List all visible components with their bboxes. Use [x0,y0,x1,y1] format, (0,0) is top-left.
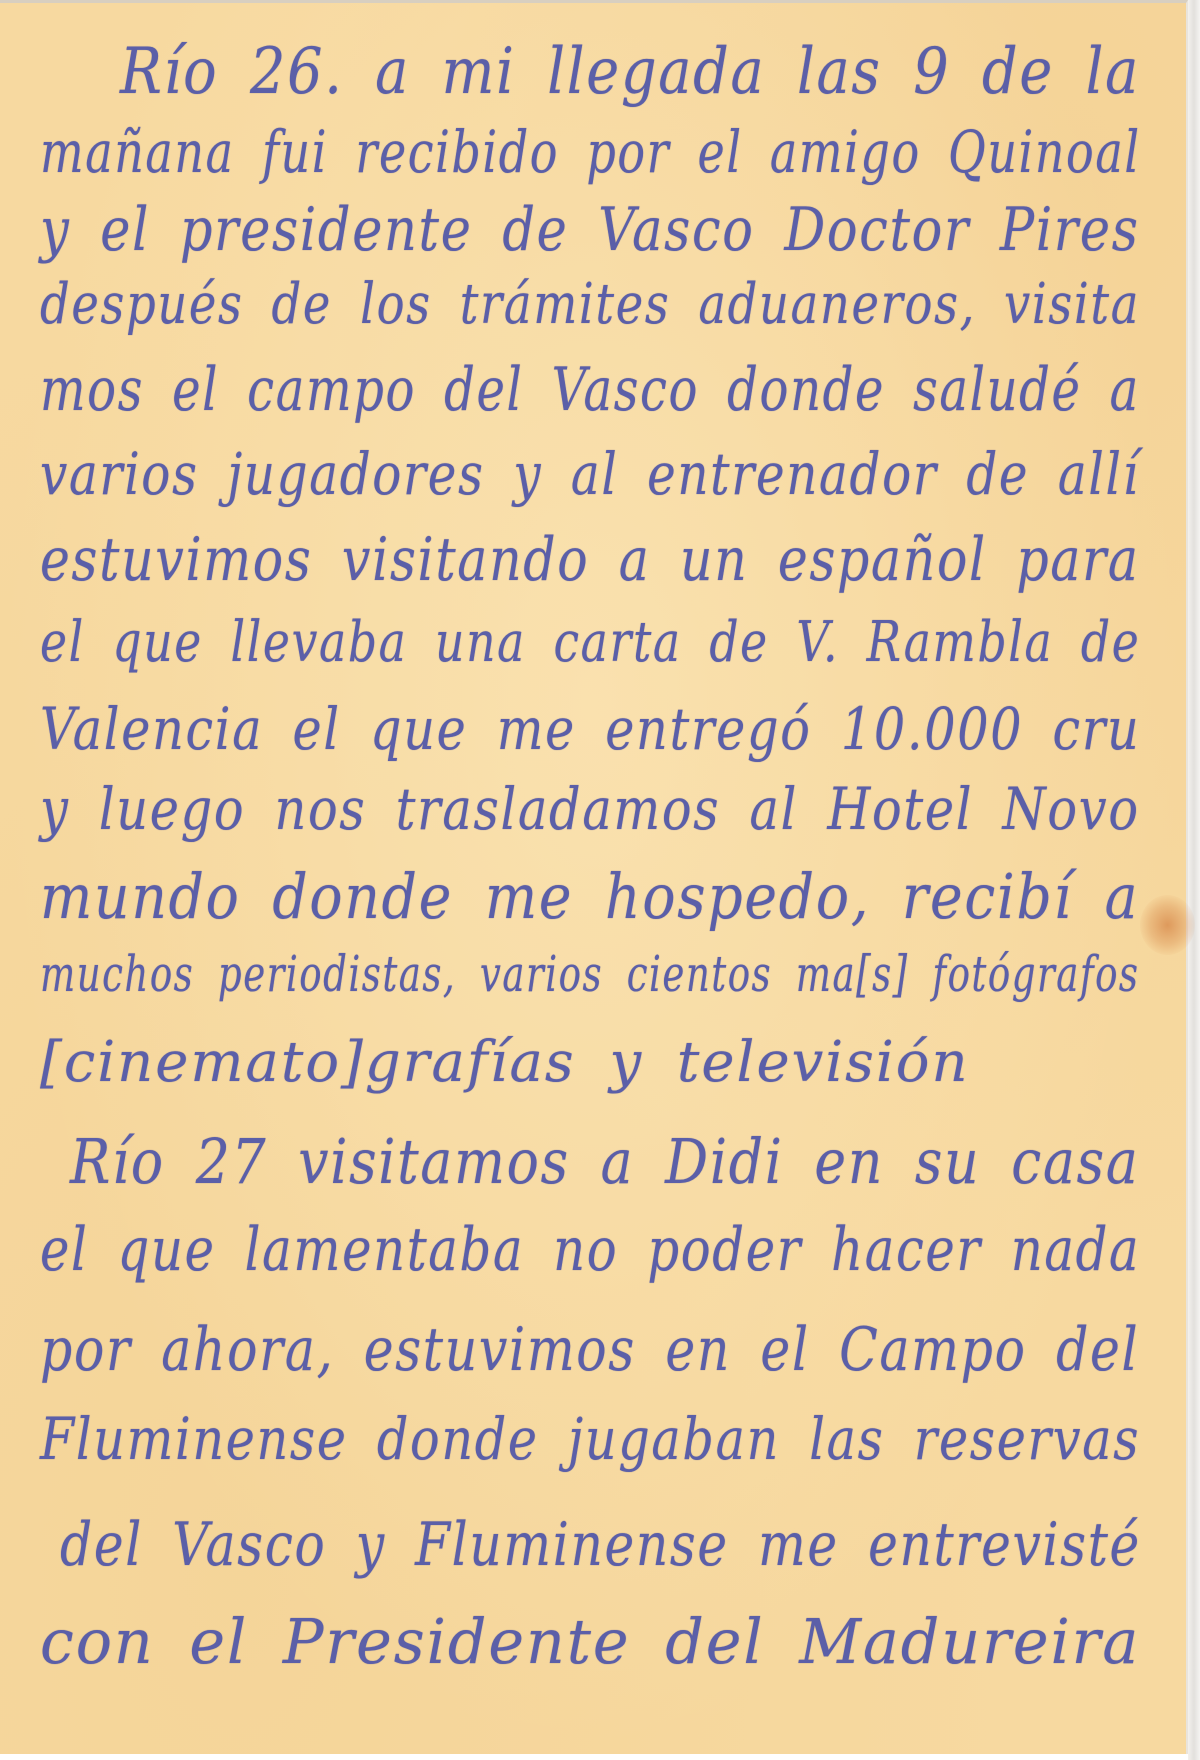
text-line: por ahora, estuvimos en el Campo del [40,1315,1139,1385]
text-line: [cinemato]grafías y televisión [40,1030,970,1095]
text-line: el que lamentaba no poder hacer nada [40,1215,1140,1285]
text-line: Río 27 visitamos a Didi en su casa [70,1125,1140,1198]
handwritten-text: Río 26. a mi llegada las 9 de la mañana … [0,0,1180,1760]
text-line: del Vasco y Fluminense me entrevisté [60,1510,1141,1580]
text-line: mañana fui recibido por el amigo Quinoal [40,118,1141,186]
text-line: después de los trámites aduaneros, visit… [40,272,1140,337]
text-line: y luego nos trasladamos al Hotel Novo [40,775,1140,843]
text-line: varios jugadores y al entrenador de allí [40,440,1140,508]
text-line: mundo donde me hospedo, recibí a [40,860,1139,933]
text-line: y el presidente de Vasco Doctor Pires [40,195,1140,265]
text-line: mos el campo del Vasco donde saludé a [40,355,1140,425]
text-line: Fluminense donde jugaban las reservas [40,1405,1140,1473]
text-line: estuvimos visitando a un español para [40,525,1140,595]
text-line: el que llevaba una carta de V. Rambla de [40,610,1140,675]
scan-edge [1188,0,1200,1760]
text-line: muchos periodistas, varios cientos ma[s]… [40,945,1139,1003]
text-line: Valencia el que me entregó 10.000 cru [40,695,1140,763]
text-line: Río 26. a mi llegada las 9 de la [120,35,1140,109]
text-line: con el Presidente del Madureira [40,1605,1140,1678]
